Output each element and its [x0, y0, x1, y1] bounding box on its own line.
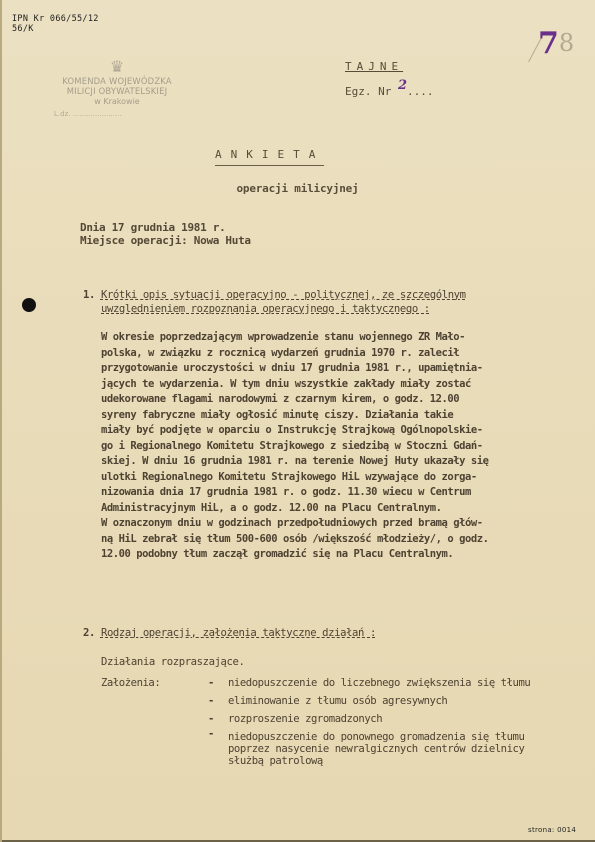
place-line: Miejsce operacji: Nowa Huta — [80, 234, 251, 247]
eagle-emblem-icon: ♛ — [52, 58, 182, 76]
dash-bullet-icon: - — [208, 728, 214, 740]
date-line: Dnia 17 grudnia 1981 r. — [80, 221, 225, 234]
body-line: polska, w związku z rocznicą wydarzeń gr… — [101, 346, 571, 362]
office-stamp: ♛ KOMENDA WOJEWÓDZKA MILICJI OBYWATELSKI… — [52, 58, 182, 121]
body-line: skiej. W dniu 16 grudnia 1981 r. na tere… — [101, 454, 571, 470]
archive-signature: IPN Kr 066/55/12 56/K — [12, 14, 99, 34]
action-type: Działania rozpraszające. — [101, 656, 244, 668]
body-line: go i Regionalnego Komitetu Strajkowego z… — [101, 439, 571, 455]
stamp-line: w Krakowie — [52, 96, 182, 107]
document-title: ANKIETA — [215, 148, 324, 166]
copy-number-line: Egz. Nr 2.... — [345, 84, 434, 99]
page-number-previous: 8 — [559, 29, 574, 57]
section-1-heading: 1.Krótki opis sytuacji operacyjno - poli… — [83, 288, 466, 316]
classification-label: TAJNE — [345, 60, 403, 73]
page-number: 78 — [538, 26, 574, 61]
section-heading-line: Krótki opis sytuacji operacyjno - polity… — [101, 289, 466, 301]
document-page: IPN Kr 066/55/12 56/K ♛ KOMENDA WOJEWÓDZ… — [0, 0, 595, 842]
dash-bullet-icon: - — [208, 710, 214, 728]
body-line: miały być podjęte w oparciu o Instrukcję… — [101, 423, 571, 439]
section-number: 1. — [83, 289, 95, 301]
section-heading-line: uwzględnieniem rozpoznania operacyjnego … — [101, 303, 430, 315]
body-line: ulotki Regionalnego Komitetu Strajkowego… — [101, 470, 571, 486]
section-1-body: W okresie poprzedzającym wprowadzenie st… — [101, 330, 571, 563]
body-line: 12.00 podobny tłum zaczął gromadzić się … — [101, 547, 571, 563]
copy-dots: .... — [407, 85, 434, 98]
copy-label: Egz. Nr — [345, 85, 391, 98]
assumption-item: -niedopuszczenie do ponownego gromadzeni… — [208, 728, 588, 767]
stamp-line: KOMENDA WOJEWÓDZKA — [52, 76, 182, 86]
body-line: nizowania dnia 17 grudnia 1981 r. o godz… — [101, 485, 571, 501]
assumptions-list: -niedopuszczenie do liczebnego zwiększen… — [208, 674, 588, 767]
dash-bullet-icon: - — [208, 674, 214, 692]
dash-bullet-icon: - — [208, 692, 214, 710]
stamp-line: MILICJI OBYWATELSKIEJ — [52, 86, 182, 96]
copy-number-handwritten: 2 — [398, 78, 407, 93]
archive-signature-line: IPN Kr 066/55/12 — [12, 14, 99, 24]
body-line: ną HiL zebrał się tłum 500-600 osób /wię… — [101, 532, 571, 548]
archive-signature-line: 56/K — [12, 24, 99, 34]
body-line: Administracyjnym HiL, a o godz. 12.00 na… — [101, 501, 571, 517]
assumption-item: -niedopuszczenie do liczebnego zwiększen… — [208, 674, 588, 692]
punch-hole — [22, 298, 36, 312]
stamp-ref-line: L.dz. ...................... — [52, 107, 182, 121]
section-2-heading: 2.Rodzaj operacji, założenia taktyczne d… — [83, 626, 376, 640]
body-line: W oznaczonym dniu w godzinach przedpołud… — [101, 516, 571, 532]
page-number-current: 7 — [538, 26, 559, 61]
assumption-item: -eliminowanie z tłumu osób agresywnych — [208, 692, 588, 710]
body-line: syreny fabryczne miały ogłosić minutę ci… — [101, 408, 571, 424]
section-heading-line: Rodzaj operacji, założenia taktyczne dzi… — [101, 627, 376, 639]
body-line: W okresie poprzedzającym wprowadzenie st… — [101, 330, 571, 346]
assumption-item: -rozproszenie zgromadzonych — [208, 710, 588, 728]
section-number: 2. — [83, 627, 95, 639]
page-footer-stamp: strona: 0014 — [528, 826, 576, 834]
assumptions-label: Założenia: — [101, 674, 211, 692]
document-subtitle: operacji milicyjnej — [0, 182, 595, 195]
body-line: udekorowane flagami narodowymi z czarnym… — [101, 392, 571, 408]
body-line: przygotowanie uroczystości w dniu 17 gru… — [101, 361, 571, 377]
body-line: jących te wydarzenia. W tym dniu wszystk… — [101, 377, 571, 393]
